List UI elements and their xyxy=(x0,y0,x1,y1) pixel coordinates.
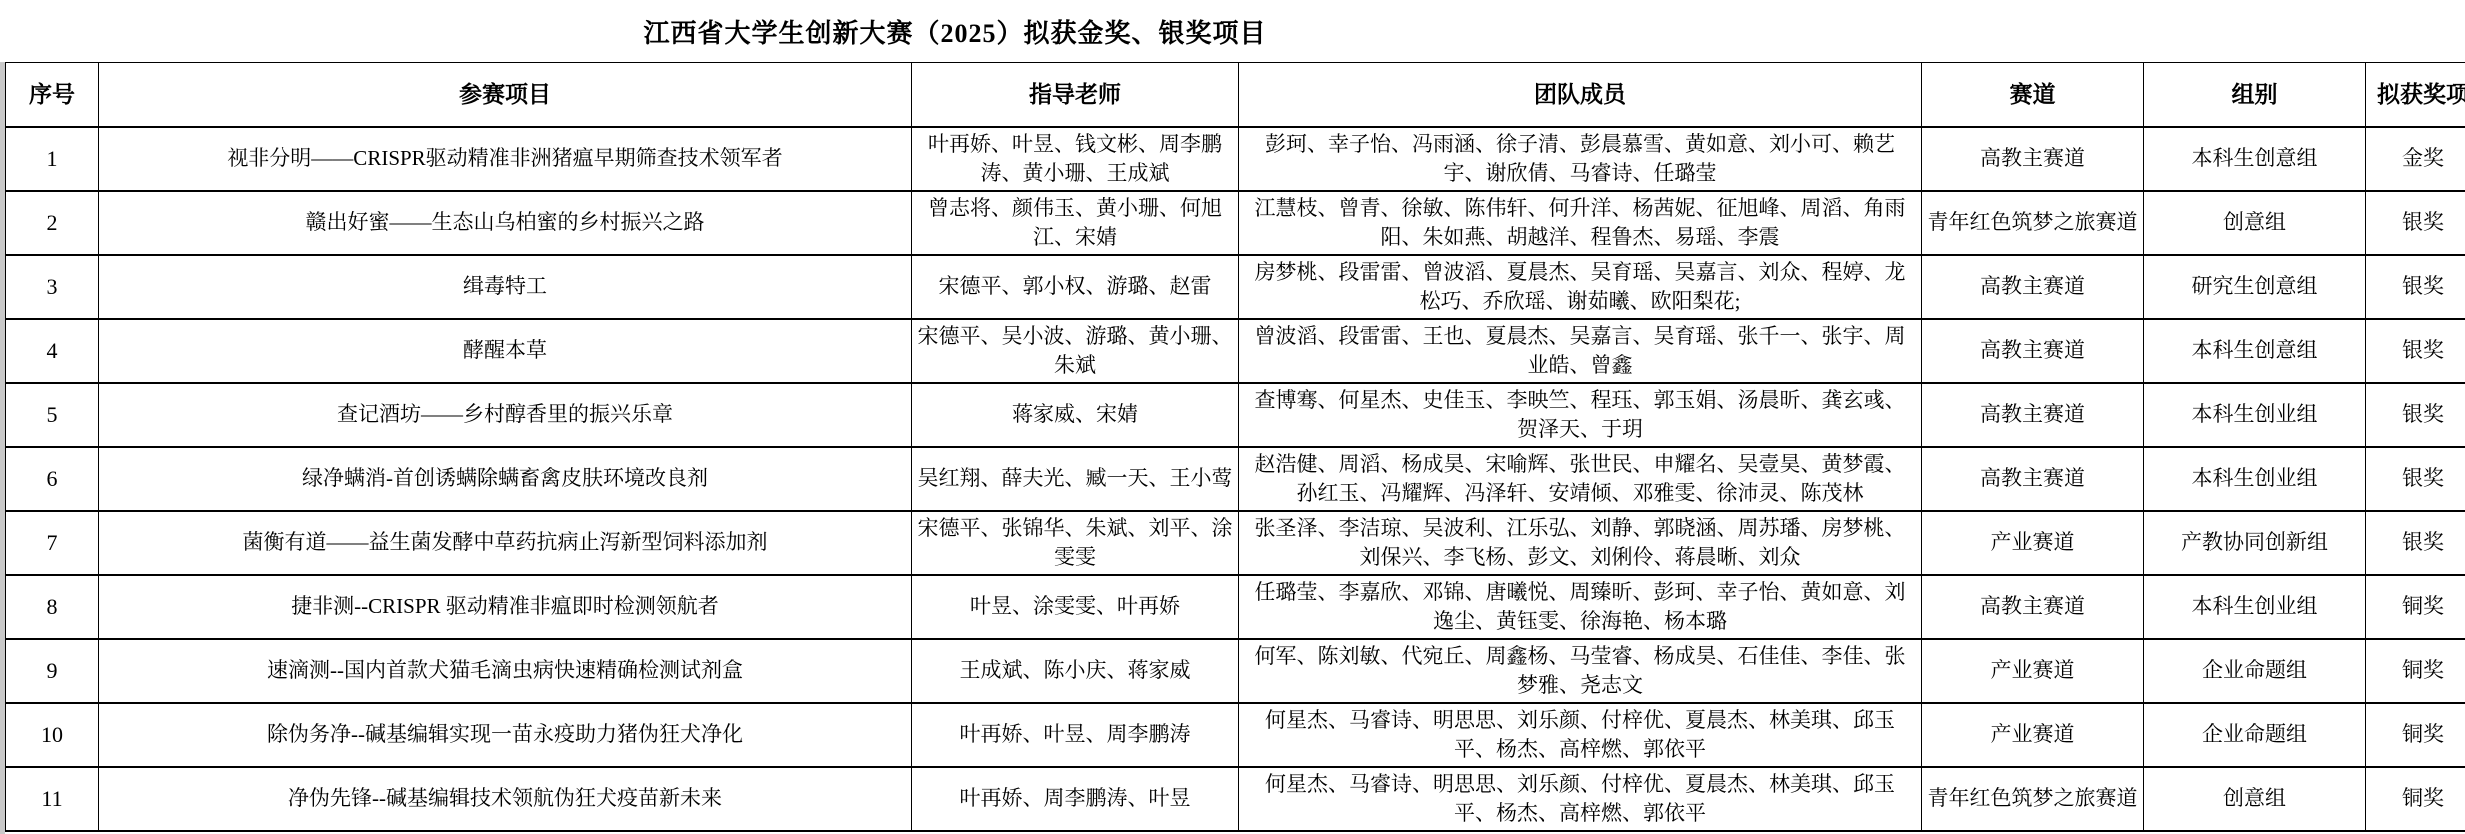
table-row: 7菌衡有道——益生菌发酵中草药抗病止泻新型饲料添加剂宋德平、张锦华、朱斌、刘平、… xyxy=(6,511,2465,575)
cell-award: 银奖 xyxy=(2366,383,2465,447)
column-header-award: 拟获奖项 xyxy=(2366,63,2465,127)
cell-award: 银奖 xyxy=(2366,255,2465,319)
cell-no: 1 xyxy=(6,127,99,191)
page-title: 江西省大学生创新大赛（2025）拟获金奖、银奖项目 xyxy=(0,0,1910,62)
cell-project: 速滴测--国内首款犬猫毛滴虫病快速精确检测试剂盒 xyxy=(99,639,912,703)
header-row: 序号 参赛项目 指导老师 团队成员 赛道 组别 拟获奖项 xyxy=(6,63,2465,127)
cell-award: 银奖 xyxy=(2366,191,2465,255)
cell-track: 产业赛道 xyxy=(1922,511,2144,575)
cell-no: 6 xyxy=(6,447,99,511)
cell-group: 企业命题组 xyxy=(2144,639,2366,703)
cell-no: 9 xyxy=(6,639,99,703)
cell-award: 铜奖 xyxy=(2366,767,2465,831)
cell-team: 查博骞、何星杰、史佳玉、李映竺、程珏、郭玉娟、汤晨昕、龚玄彧、贺泽天、于玥 xyxy=(1239,383,1922,447)
cell-no: 7 xyxy=(6,511,99,575)
cell-track: 高教主赛道 xyxy=(1922,383,2144,447)
cell-team: 何星杰、马睿诗、明思思、刘乐颜、付梓优、夏晨杰、林美琪、邱玉平、杨杰、高梓燃、郭… xyxy=(1239,703,1922,767)
cell-project: 赣出好蜜——生态山乌柏蜜的乡村振兴之路 xyxy=(99,191,912,255)
cell-project: 缉毒特工 xyxy=(99,255,912,319)
table-row: 11净伪先锋--碱基编辑技术领航伪狂犬疫苗新未来叶再娇、周李鹏涛、叶昱何星杰、马… xyxy=(6,767,2465,831)
column-header-project: 参赛项目 xyxy=(99,63,912,127)
cell-teachers: 宋德平、吴小波、游璐、黄小珊、朱斌 xyxy=(912,319,1239,383)
cell-award: 银奖 xyxy=(2366,319,2465,383)
column-header-teachers: 指导老师 xyxy=(912,63,1239,127)
cell-group: 研究生创意组 xyxy=(2144,255,2366,319)
cell-teachers: 宋德平、张锦华、朱斌、刘平、涂雯雯 xyxy=(912,511,1239,575)
cell-group: 本科生创业组 xyxy=(2144,383,2366,447)
cell-award: 铜奖 xyxy=(2366,575,2465,639)
cell-track: 青年红色筑梦之旅赛道 xyxy=(1922,767,2144,831)
cell-project: 视非分明——CRISPR驱动精准非洲猪瘟早期筛查技术领军者 xyxy=(99,127,912,191)
cell-no: 3 xyxy=(6,255,99,319)
column-header-track: 赛道 xyxy=(1922,63,2144,127)
cell-no: 2 xyxy=(6,191,99,255)
cell-group: 产教协同创新组 xyxy=(2144,511,2366,575)
cell-team: 彭珂、幸子怡、冯雨涵、徐子清、彭晨慕雪、黄如意、刘小可、赖艺宇、谢欣倩、马睿诗、… xyxy=(1239,127,1922,191)
cell-project: 净伪先锋--碱基编辑技术领航伪狂犬疫苗新未来 xyxy=(99,767,912,831)
cell-no: 8 xyxy=(6,575,99,639)
cell-group: 本科生创业组 xyxy=(2144,575,2366,639)
cell-team: 何军、陈刘敏、代宛丘、周鑫杨、马莹睿、杨成昊、石佳佳、李佳、张梦雅、尧志文 xyxy=(1239,639,1922,703)
cell-teachers: 吴红翔、薛夫光、臧一天、王小莺 xyxy=(912,447,1239,511)
cell-track: 高教主赛道 xyxy=(1922,575,2144,639)
cell-award: 银奖 xyxy=(2366,511,2465,575)
cell-teachers: 曾志将、颜伟玉、黄小珊、何旭江、宋婧 xyxy=(912,191,1239,255)
cell-award: 铜奖 xyxy=(2366,639,2465,703)
table-row: 1视非分明——CRISPR驱动精准非洲猪瘟早期筛查技术领军者叶再娇、叶昱、钱文彬… xyxy=(6,127,2465,191)
table-row: 9速滴测--国内首款犬猫毛滴虫病快速精确检测试剂盒王成斌、陈小庆、蒋家威何军、陈… xyxy=(6,639,2465,703)
cell-team: 曾波滔、段雷雷、王也、夏晨杰、吴嘉言、吴育瑶、张千一、张宇、周业皓、曾鑫 xyxy=(1239,319,1922,383)
table-row: 5查记酒坊——乡村醇香里的振兴乐章蒋家威、宋婧查博骞、何星杰、史佳玉、李映竺、程… xyxy=(6,383,2465,447)
cell-track: 青年红色筑梦之旅赛道 xyxy=(1922,191,2144,255)
cell-award: 金奖 xyxy=(2366,127,2465,191)
cell-team: 任璐莹、李嘉欣、邓锦、唐曦悦、周臻昕、彭珂、幸子怡、黄如意、刘逸尘、黄钰雯、徐海… xyxy=(1239,575,1922,639)
cell-no: 4 xyxy=(6,319,99,383)
column-header-no: 序号 xyxy=(6,63,99,127)
cell-track: 产业赛道 xyxy=(1922,703,2144,767)
cell-track: 产业赛道 xyxy=(1922,639,2144,703)
cell-no: 11 xyxy=(6,767,99,831)
cell-project: 捷非测--CRISPR 驱动精准非瘟即时检测领航者 xyxy=(99,575,912,639)
cell-teachers: 王成斌、陈小庆、蒋家威 xyxy=(912,639,1239,703)
cell-group: 本科生创意组 xyxy=(2144,319,2366,383)
cell-track: 高教主赛道 xyxy=(1922,255,2144,319)
cell-teachers: 蒋家威、宋婧 xyxy=(912,383,1239,447)
table-row: 3缉毒特工宋德平、郭小权、游璐、赵雷房梦桃、段雷雷、曾波滔、夏晨杰、吴育瑶、吴嘉… xyxy=(6,255,2465,319)
cell-team: 赵浩健、周滔、杨成昊、宋喻辉、张世民、申耀名、吴壹昊、黄梦霞、孙红玉、冯耀辉、冯… xyxy=(1239,447,1922,511)
table-row: 2赣出好蜜——生态山乌柏蜜的乡村振兴之路曾志将、颜伟玉、黄小珊、何旭江、宋婧江慧… xyxy=(6,191,2465,255)
table-row: 6绿净螨消-首创诱螨除螨畜禽皮肤环境改良剂吴红翔、薛夫光、臧一天、王小莺赵浩健、… xyxy=(6,447,2465,511)
table-row: 4酵醒本草宋德平、吴小波、游璐、黄小珊、朱斌曾波滔、段雷雷、王也、夏晨杰、吴嘉言… xyxy=(6,319,2465,383)
awards-table: 序号 参赛项目 指导老师 团队成员 赛道 组别 拟获奖项 1视非分明——CRIS… xyxy=(5,62,2465,832)
cell-group: 本科生创业组 xyxy=(2144,447,2366,511)
cell-project: 除伪务净--碱基编辑实现一苗永疫助力猪伪狂犬净化 xyxy=(99,703,912,767)
table-row: 8捷非测--CRISPR 驱动精准非瘟即时检测领航者叶昱、涂雯雯、叶再娇任璐莹、… xyxy=(6,575,2465,639)
cell-group: 企业命题组 xyxy=(2144,703,2366,767)
cell-teachers: 叶再娇、周李鹏涛、叶昱 xyxy=(912,767,1239,831)
cell-project: 菌衡有道——益生菌发酵中草药抗病止泻新型饲料添加剂 xyxy=(99,511,912,575)
cell-teachers: 宋德平、郭小权、游璐、赵雷 xyxy=(912,255,1239,319)
cell-teachers: 叶昱、涂雯雯、叶再娇 xyxy=(912,575,1239,639)
cell-track: 高教主赛道 xyxy=(1922,319,2144,383)
cell-track: 高教主赛道 xyxy=(1922,127,2144,191)
column-header-team: 团队成员 xyxy=(1239,63,1922,127)
cell-award: 银奖 xyxy=(2366,447,2465,511)
cell-team: 江慧枝、曾青、徐敏、陈伟轩、何升洋、杨茜妮、征旭峰、周滔、角雨阳、朱如燕、胡越洋… xyxy=(1239,191,1922,255)
cell-group: 创意组 xyxy=(2144,767,2366,831)
cell-teachers: 叶再娇、叶昱、周李鹏涛 xyxy=(912,703,1239,767)
table-row: 10除伪务净--碱基编辑实现一苗永疫助力猪伪狂犬净化叶再娇、叶昱、周李鹏涛何星杰… xyxy=(6,703,2465,767)
cell-teachers: 叶再娇、叶昱、钱文彬、周李鹏涛、黄小珊、王成斌 xyxy=(912,127,1239,191)
cell-project: 绿净螨消-首创诱螨除螨畜禽皮肤环境改良剂 xyxy=(99,447,912,511)
cell-no: 10 xyxy=(6,703,99,767)
cell-group: 本科生创意组 xyxy=(2144,127,2366,191)
column-header-group: 组别 xyxy=(2144,63,2366,127)
cell-track: 高教主赛道 xyxy=(1922,447,2144,511)
cell-project: 查记酒坊——乡村醇香里的振兴乐章 xyxy=(99,383,912,447)
cell-group: 创意组 xyxy=(2144,191,2366,255)
cell-award: 铜奖 xyxy=(2366,703,2465,767)
cell-project: 酵醒本草 xyxy=(99,319,912,383)
cell-no: 5 xyxy=(6,383,99,447)
cell-team: 何星杰、马睿诗、明思思、刘乐颜、付梓优、夏晨杰、林美琪、邱玉平、杨杰、高梓燃、郭… xyxy=(1239,767,1922,831)
cell-team: 房梦桃、段雷雷、曾波滔、夏晨杰、吴育瑶、吴嘉言、刘众、程婷、龙松巧、乔欣瑶、谢茹… xyxy=(1239,255,1922,319)
cell-team: 张圣泽、李洁琼、吴波利、江乐弘、刘静、郭晓涵、周苏璠、房梦桃、刘保兴、李飞杨、彭… xyxy=(1239,511,1922,575)
